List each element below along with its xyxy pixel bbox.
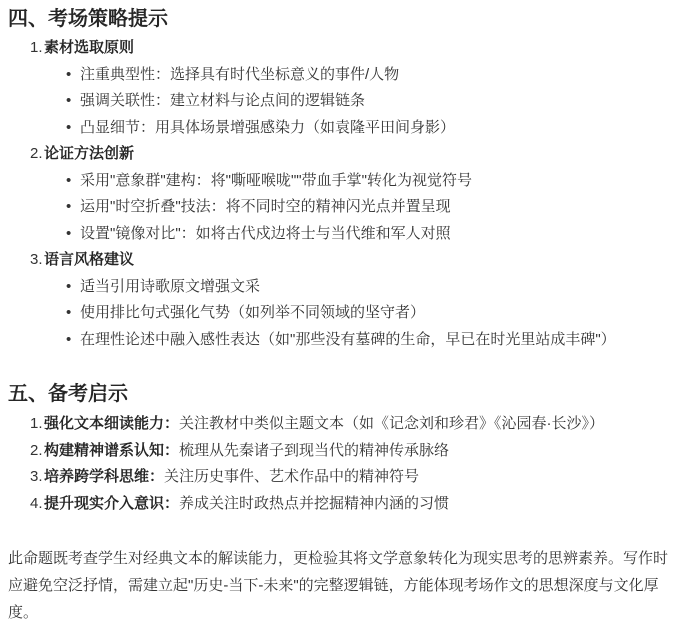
document-body: 四、考场策略提示 1.素材选取原则 • 注重典型性：选择具有时代坐标意义的事件/… bbox=[8, 6, 672, 626]
list-marker: 4. bbox=[30, 491, 44, 518]
bullet-icon: • bbox=[66, 62, 71, 89]
list-item-text: 关注教材中类似主题文本（如《记念刘和珍君》《沁园春·长沙》） bbox=[179, 415, 604, 432]
list-item: 3.培养跨学科思维：关注历史事件、艺术作品中的精神符号 bbox=[8, 464, 672, 491]
bullet-item: • 采用"意象群"建构：将"嘶哑喉咙""带血手掌"转化为视觉符号 bbox=[8, 168, 672, 195]
bullet-text: 运用"时空折叠"技法：将不同时空的精神闪光点并置呈现 bbox=[80, 198, 451, 215]
list-item-title: 论证方法创新 bbox=[44, 145, 134, 162]
section-heading-5: 五、备考启示 bbox=[8, 381, 672, 407]
bullet-item: • 凸显细节：用具体场景增强感染力（如袁隆平田间身影） bbox=[8, 115, 672, 142]
list-item-text: 养成关注时政热点并挖掘精神内涵的习惯 bbox=[179, 495, 449, 512]
list-item-title: 素材选取原则 bbox=[44, 39, 134, 56]
closing-paragraph: 此命题既考查学生对经典文本的解读能力，更检验其将文学意象转化为现实思考的思辨素养… bbox=[8, 545, 672, 626]
bullet-text: 采用"意象群"建构：将"嘶哑喉咙""带血手掌"转化为视觉符号 bbox=[80, 172, 472, 189]
list-item-title: 语言风格建议 bbox=[44, 251, 134, 268]
bullet-icon: • bbox=[66, 168, 71, 195]
bullet-text: 注重典型性：选择具有时代坐标意义的事件/人物 bbox=[80, 66, 399, 83]
list-marker: 3. bbox=[30, 464, 44, 491]
bullet-text: 设置"镜像对比"：如将古代戍边将士与当代维和军人对照 bbox=[80, 225, 451, 242]
bullet-text: 强调关联性：建立材料与论点间的逻辑链条 bbox=[80, 92, 365, 109]
bullet-item: • 在理性论述中融入感性表达（如"那些没有墓碑的生命，早已在时光里站成丰碑"） bbox=[8, 327, 672, 354]
bullet-text: 适当引用诗歌原文增强文采 bbox=[80, 278, 260, 295]
bullet-icon: • bbox=[66, 327, 71, 354]
list-item: 4.提升现实介入意识：养成关注时政热点并挖掘精神内涵的习惯 bbox=[8, 491, 672, 518]
bullet-icon: • bbox=[66, 300, 71, 327]
list-item: 1.强化文本细读能力：关注教材中类似主题文本（如《记念刘和珍君》《沁园春·长沙》… bbox=[8, 411, 672, 438]
list-item-lead: 强化文本细读能力： bbox=[44, 415, 179, 432]
list-item-text: 关注历史事件、艺术作品中的精神符号 bbox=[164, 468, 419, 485]
bullet-icon: • bbox=[66, 194, 71, 221]
bullet-item: • 强调关联性：建立材料与论点间的逻辑链条 bbox=[8, 88, 672, 115]
list-item-lead: 培养跨学科思维： bbox=[44, 468, 164, 485]
bullet-item: • 运用"时空折叠"技法：将不同时空的精神闪光点并置呈现 bbox=[8, 194, 672, 221]
list-item: 2.构建精神谱系认知：梳理从先秦诸子到现当代的精神传承脉络 bbox=[8, 438, 672, 465]
bullet-icon: • bbox=[66, 88, 71, 115]
bullet-icon: • bbox=[66, 221, 71, 248]
bullet-text: 凸显细节：用具体场景增强感染力（如袁隆平田间身影） bbox=[80, 119, 455, 136]
bullet-text: 在理性论述中融入感性表达（如"那些没有墓碑的生命，早已在时光里站成丰碑"） bbox=[80, 331, 616, 348]
list-item: 3.语言风格建议 bbox=[8, 247, 672, 274]
bullet-item: • 使用排比句式强化气势（如列举不同领域的坚守者） bbox=[8, 300, 672, 327]
list-item: 2.论证方法创新 bbox=[8, 141, 672, 168]
list-marker: 1. bbox=[30, 35, 44, 62]
list-marker: 3. bbox=[30, 247, 44, 274]
bullet-icon: • bbox=[66, 274, 71, 301]
bullet-item: • 设置"镜像对比"：如将古代戍边将士与当代维和军人对照 bbox=[8, 221, 672, 248]
list-item-lead: 提升现实介入意识： bbox=[44, 495, 179, 512]
bullet-item: • 适当引用诗歌原文增强文采 bbox=[8, 274, 672, 301]
list-marker: 1. bbox=[30, 411, 44, 438]
list-item: 1.素材选取原则 bbox=[8, 35, 672, 62]
list-marker: 2. bbox=[30, 141, 44, 168]
bullet-item: • 注重典型性：选择具有时代坐标意义的事件/人物 bbox=[8, 62, 672, 89]
list-marker: 2. bbox=[30, 438, 44, 465]
bullet-text: 使用排比句式强化气势（如列举不同领域的坚守者） bbox=[80, 304, 425, 321]
list-item-text: 梳理从先秦诸子到现当代的精神传承脉络 bbox=[179, 442, 449, 459]
section-heading-4: 四、考场策略提示 bbox=[8, 6, 672, 32]
list-item-lead: 构建精神谱系认知： bbox=[44, 442, 179, 459]
bullet-icon: • bbox=[66, 115, 71, 142]
